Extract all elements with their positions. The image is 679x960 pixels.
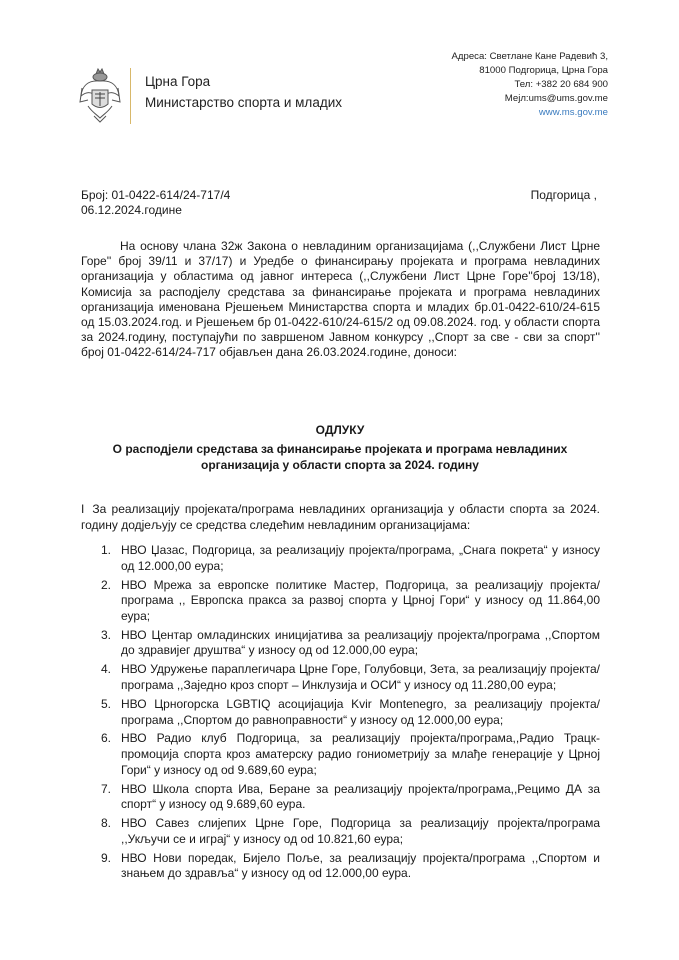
list-item: 2.НВО Мрежа за европске политике Мастер,… (81, 578, 600, 625)
item-text: НВО Радио клуб Подгорица, за реализацију… (121, 731, 600, 776)
letterhead-divider (130, 68, 131, 124)
list-item: 9.НВО Нови поредак, Бијело Поље, за реал… (81, 851, 600, 882)
list-item: 6.НВО Радио клуб Подгорица, за реализаци… (81, 731, 600, 778)
website-link[interactable]: www.ms.gov.me (451, 106, 608, 120)
item-number: 1. (101, 543, 111, 559)
list-item: 4.НВО Удружење параплегичара Црне Горе, … (81, 662, 600, 693)
item-text: НВО Удружење параплегичара Црне Горе, Го… (121, 662, 600, 692)
address-line-1: Адреса: Светлане Кане Радевић 3, (451, 50, 608, 64)
address-line-2: 81000 Подгорица, Црна Гора (451, 64, 608, 78)
item-number: 4. (101, 662, 111, 678)
item-text: НВО Џазас, Подгорица, за реализацију про… (121, 543, 600, 573)
reference-number: Број: 01-0422-614/24-717/4 (81, 188, 230, 203)
item-number: 3. (101, 628, 111, 644)
contact-block: Адреса: Светлане Кане Радевић 3, 81000 П… (451, 50, 608, 120)
section-numeral: I (81, 502, 84, 516)
phone: Тел: +382 20 684 900 (451, 78, 608, 92)
country-name: Црна Гора (145, 74, 210, 89)
email: Мејл:ums@ums.gov.me (451, 92, 608, 106)
list-item: 5.НВО Црногорска LGBTIQ асоцијација Kvir… (81, 697, 600, 728)
item-text: НВО Црногорска LGBTIQ асоцијација Kvir M… (121, 697, 600, 727)
item-text: НВО Центар омладинских иницијатива за ре… (121, 628, 600, 658)
reference-date: 06.12.2024.године (81, 203, 230, 218)
section-text: За реализацију пројеката/програма невлад… (81, 502, 600, 532)
item-number: 8. (101, 816, 111, 832)
montenegro-coat-of-arms-icon (78, 66, 122, 124)
decision-subtitle: О расподјели средстава за финансирање пр… (95, 442, 585, 473)
list-item: 1.НВО Џазас, Подгорица, за реализацију п… (81, 543, 600, 574)
allocation-list: 1.НВО Џазас, Подгорица, за реализацију п… (81, 543, 600, 885)
item-text: НВО Нови поредак, Бијело Поље, за реализ… (121, 851, 600, 881)
item-number: 9. (101, 851, 111, 867)
intro-paragraph: На основу члана 32ж Закона о невладиним … (81, 239, 600, 361)
item-text: НВО Мрежа за европске политике Мастер, П… (121, 578, 600, 623)
list-item: 3.НВО Центар омладинских иницијатива за … (81, 628, 600, 659)
letterhead: Црна Гора Министарство спорта и младих (78, 66, 358, 126)
item-number: 2. (101, 578, 111, 594)
section-one: IЗа реализацију пројеката/програма невла… (81, 502, 600, 533)
item-text: НВО Школа спорта Ива, Беране за реализац… (121, 782, 600, 812)
list-item: 8.НВО Савез слијепих Црне Горе, Подгориц… (81, 816, 600, 847)
list-item: 7.НВО Школа спорта Ива, Беране за реализ… (81, 782, 600, 813)
decision-title: ОДЛУКУ (60, 423, 620, 437)
place: Подгорица , (531, 188, 597, 202)
ministry-name: Министарство спорта и младих (145, 95, 342, 110)
item-number: 5. (101, 697, 111, 713)
item-number: 6. (101, 731, 111, 747)
reference-block: Број: 01-0422-614/24-717/4 06.12.2024.го… (81, 188, 230, 218)
item-text: НВО Савез слијепих Црне Горе, Подгорица … (121, 816, 600, 846)
item-number: 7. (101, 782, 111, 798)
